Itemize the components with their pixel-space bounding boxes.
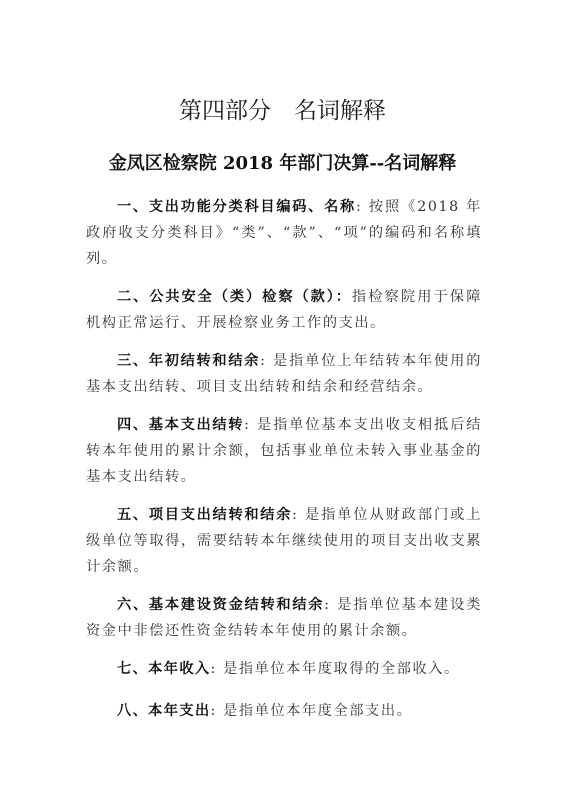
definition-item: 四、基本支出结转: 是指单位基本支出收支相抵后结转本年使用的累计余额，包括事业单… — [86, 412, 482, 490]
definition-text: 是指单位本年度取得的全部收入。 — [217, 661, 460, 677]
definition-term: 八、本年支出 — [117, 703, 211, 719]
definition-item: 七、本年收入: 是指单位本年度取得的全部收入。 — [86, 656, 482, 682]
definitions-list: 一、支出功能分类科目编码、名称: 按照《2018 年政府收支分类科目》“类”、“… — [86, 194, 482, 736]
document-title: 金凤区检察院 2018 年部门决算--名词解释 — [0, 149, 565, 175]
definition-term: 一、支出功能分类科目编码、名称 — [117, 199, 356, 215]
definition-item: 六、基本建设资金结转和结余: 是指单位基本建设类资金中非偿还性资金结转本年使用的… — [86, 592, 482, 644]
definition-term: 二、公共安全（类）检察（款）： — [117, 289, 352, 305]
definition-text: 是指单位本年度全部支出。 — [217, 703, 413, 719]
definition-term: 七、本年收入 — [117, 661, 211, 677]
part-title: 第四部分 名词解释 — [0, 92, 565, 125]
definition-term: 六、基本建设资金结转和结余 — [117, 597, 324, 613]
definition-term: 四、基本支出结转 — [117, 417, 244, 433]
definition-item: 一、支出功能分类科目编码、名称: 按照《2018 年政府收支分类科目》“类”、“… — [86, 194, 482, 272]
definition-item: 八、本年支出: 是指单位本年度全部支出。 — [86, 698, 482, 724]
definition-item: 二、公共安全（类）检察（款）：指检察院用于保障机构正常运行、开展检察业务工作的支… — [86, 284, 482, 336]
definition-term: 三、年初结转和结余 — [117, 353, 260, 369]
definition-item: 五、项目支出结转和结余: 是指单位从财政部门或上级单位等取得，需要结转本年继续使… — [86, 502, 482, 580]
definition-term: 五、项目支出结转和结余 — [117, 507, 292, 523]
definition-item: 三、年初结转和结余: 是指单位上年结转本年使用的基本支出结转、项目支出结转和结余… — [86, 348, 482, 400]
document-page: 第四部分 名词解释 金凤区检察院 2018 年部门决算--名词解释 一、支出功能… — [0, 0, 565, 800]
